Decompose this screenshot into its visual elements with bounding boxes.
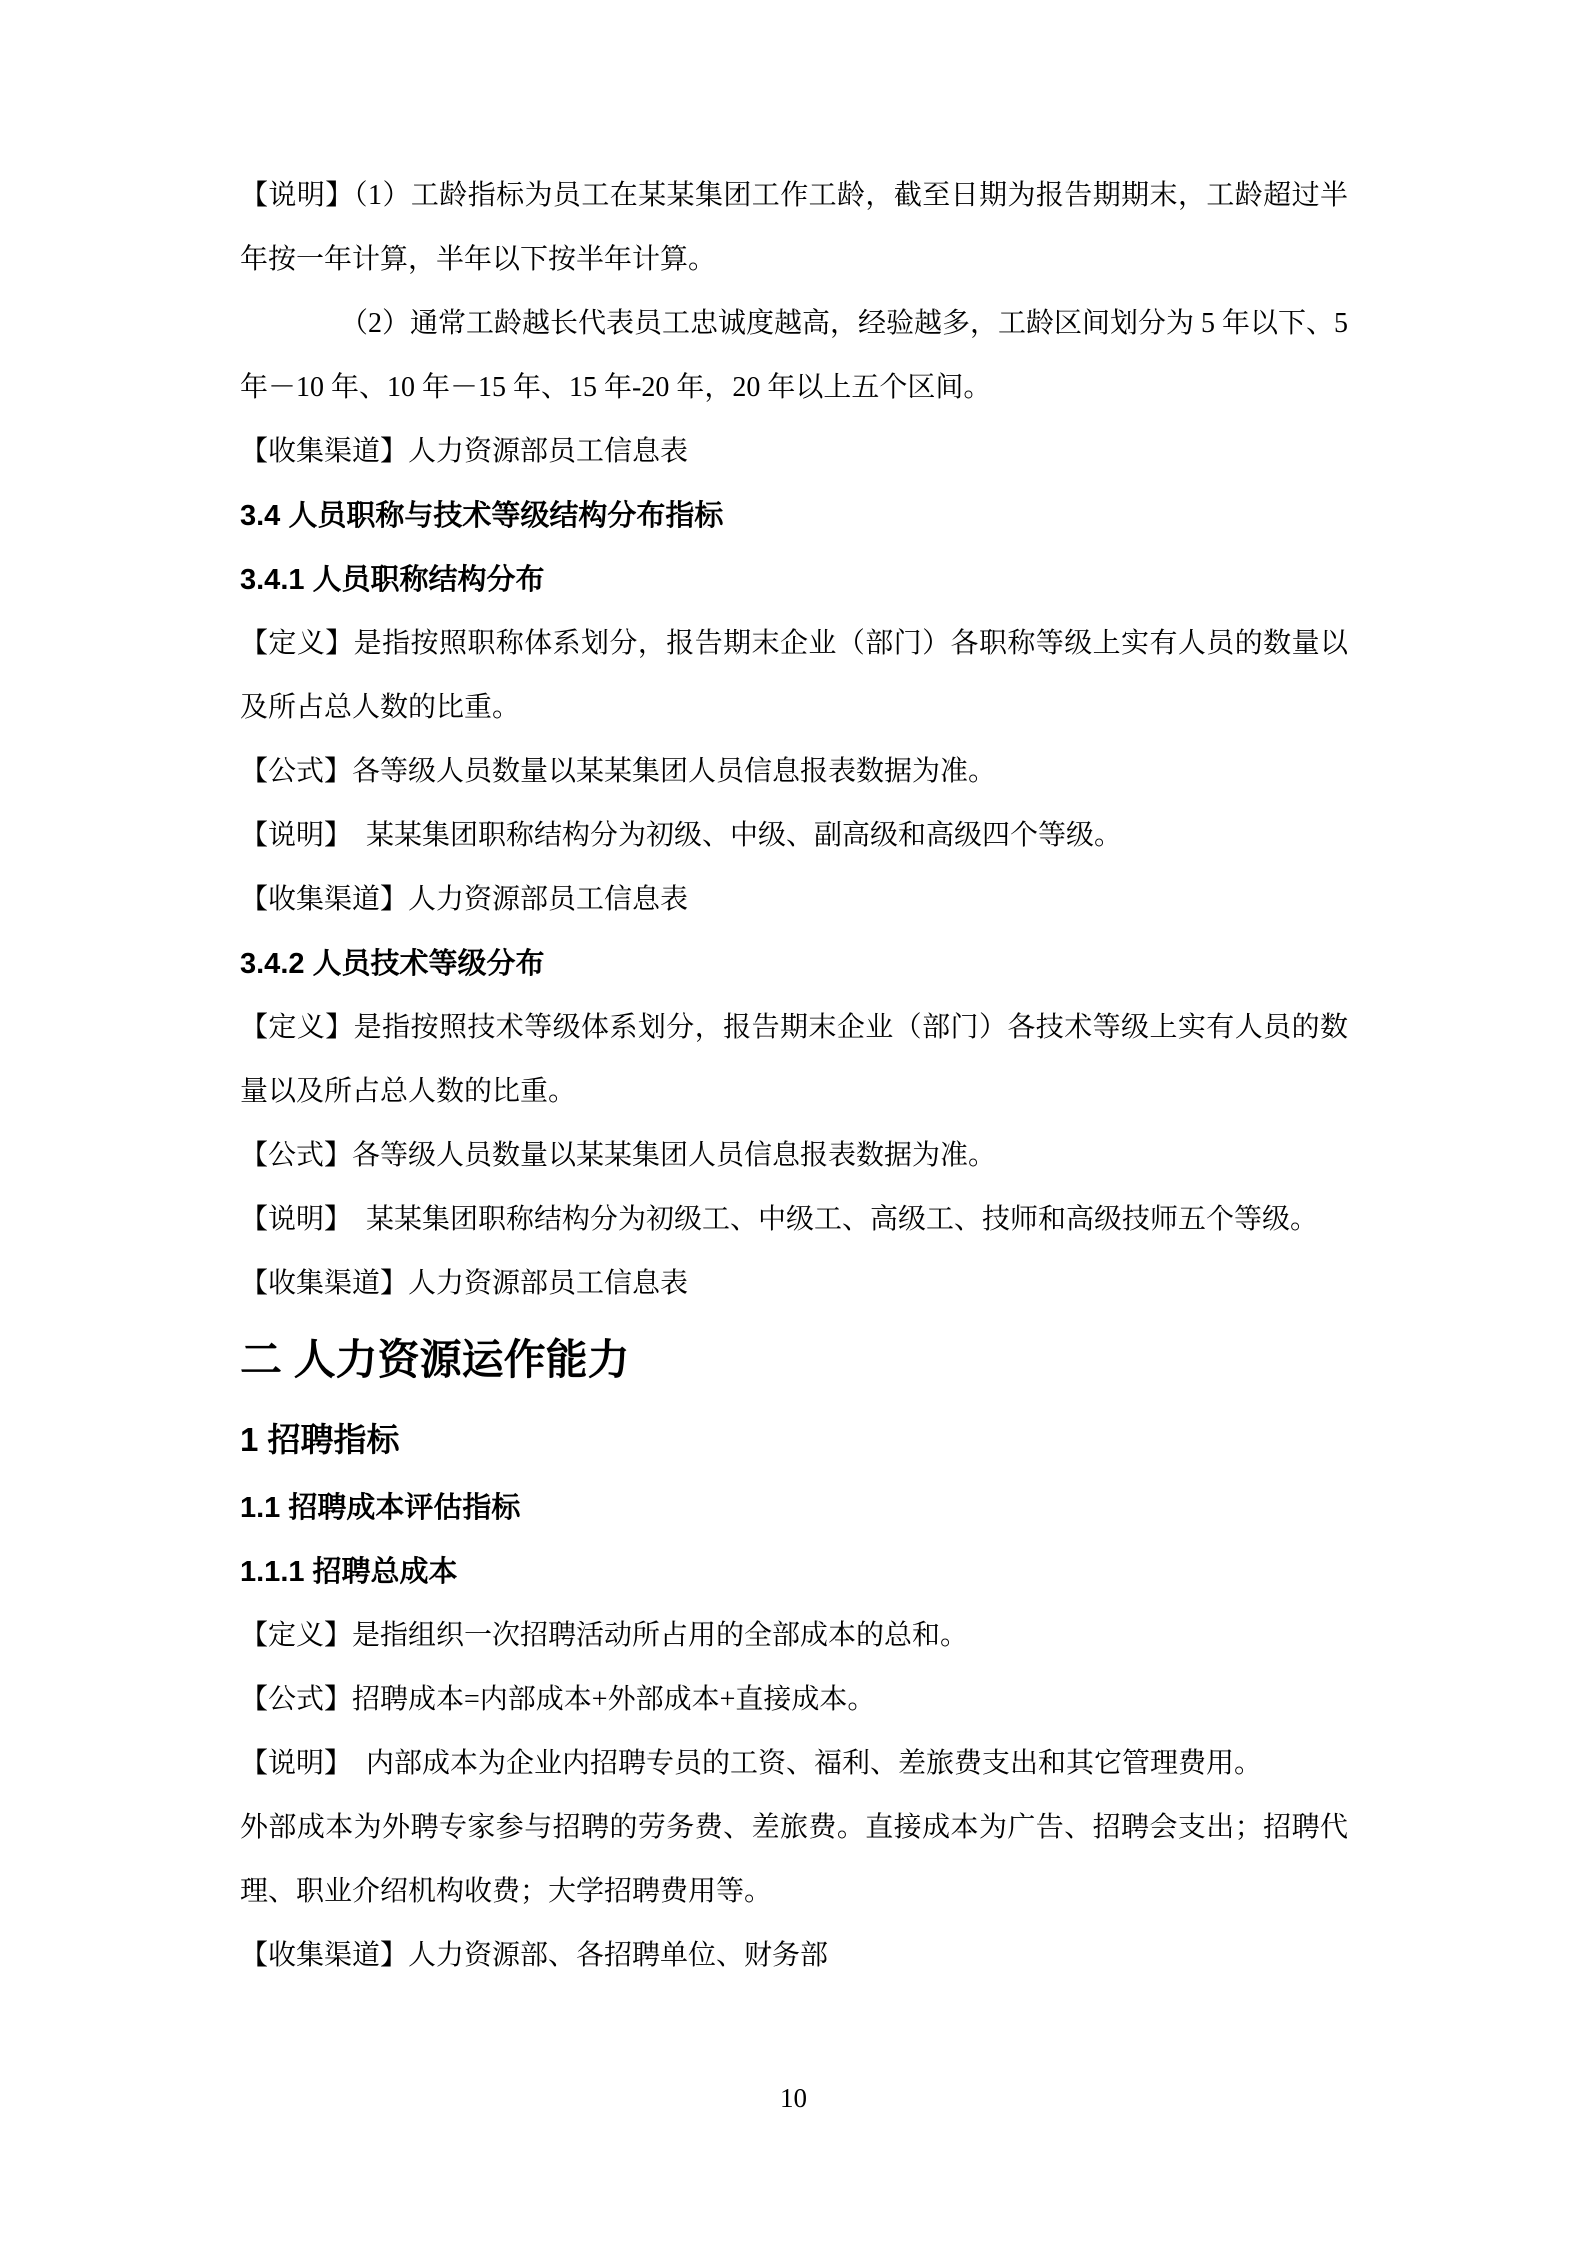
paragraph-shuoming-gongling: 【说明】（1）工龄指标为员工在某某集团工作工龄，截至日期为报告期期末，工龄超过半… — [240, 164, 1348, 292]
paragraph-gongling-intervals: （2）通常工龄越长代表员工忠诚度越高，经验越多，工龄区间划分为 5 年以下、5 … — [240, 292, 1348, 420]
paragraph-gongshi-jishu: 【公式】各等级人员数量以某某集团人员信息报表数据为准。 — [240, 1124, 1348, 1188]
paragraph-channel-1: 【收集渠道】人力资源部员工信息表 — [240, 420, 1348, 484]
heading-3-4: 3.4 人员职称与技术等级结构分布指标 — [240, 484, 1348, 548]
paragraph-dingyi-zhaopin: 【定义】是指组织一次招聘活动所占用的全部成本的总和。 — [240, 1604, 1348, 1668]
heading-1-1-1: 1.1.1 招聘总成本 — [240, 1540, 1348, 1604]
heading-3-4-2: 3.4.2 人员技术等级分布 — [240, 932, 1348, 996]
heading-3-4-1: 3.4.1 人员职称结构分布 — [240, 548, 1348, 612]
page-number: 10 — [0, 2082, 1587, 2114]
heading-1-1: 1.1 招聘成本评估指标 — [240, 1476, 1348, 1540]
paragraph-waibu-chengben: 外部成本为外聘专家参与招聘的劳务费、差旅费。直接成本为广告、招聘会支出；招聘代理… — [240, 1796, 1348, 1924]
document-body: 【说明】（1）工龄指标为员工在某某集团工作工龄，截至日期为报告期期末，工龄超过半… — [240, 164, 1348, 1988]
document-page: { "blocks": [ { "type": "paragraph", "te… — [0, 0, 1587, 2245]
paragraph-channel-4: 【收集渠道】人力资源部、各招聘单位、财务部 — [240, 1924, 1348, 1988]
paragraph-gongshi-zhaopin: 【公式】招聘成本=内部成本+外部成本+直接成本。 — [240, 1668, 1348, 1732]
heading-1-recruitment: 1 招聘指标 — [240, 1404, 1348, 1476]
chapter-heading-hr-operations: 二 人力资源运作能力 — [240, 1316, 1348, 1404]
paragraph-channel-2: 【收集渠道】人力资源部员工信息表 — [240, 868, 1348, 932]
paragraph-dingyi-zhicheng: 【定义】是指按照职称体系划分，报告期末企业（部门）各职称等级上实有人员的数量以及… — [240, 612, 1348, 740]
paragraph-channel-3: 【收集渠道】人力资源部员工信息表 — [240, 1252, 1348, 1316]
paragraph-dingyi-jishu: 【定义】是指按照技术等级体系划分，报告期末企业（部门）各技术等级上实有人员的数量… — [240, 996, 1348, 1124]
paragraph-shuoming-jishu: 【说明】 某某集团职称结构分为初级工、中级工、高级工、技师和高级技师五个等级。 — [240, 1188, 1348, 1252]
paragraph-shuoming-zhicheng: 【说明】 某某集团职称结构分为初级、中级、副高级和高级四个等级。 — [240, 804, 1348, 868]
paragraph-gongshi-zhicheng: 【公式】各等级人员数量以某某集团人员信息报表数据为准。 — [240, 740, 1348, 804]
paragraph-shuoming-neibu: 【说明】 内部成本为企业内招聘专员的工资、福利、差旅费支出和其它管理费用。 — [240, 1732, 1348, 1796]
